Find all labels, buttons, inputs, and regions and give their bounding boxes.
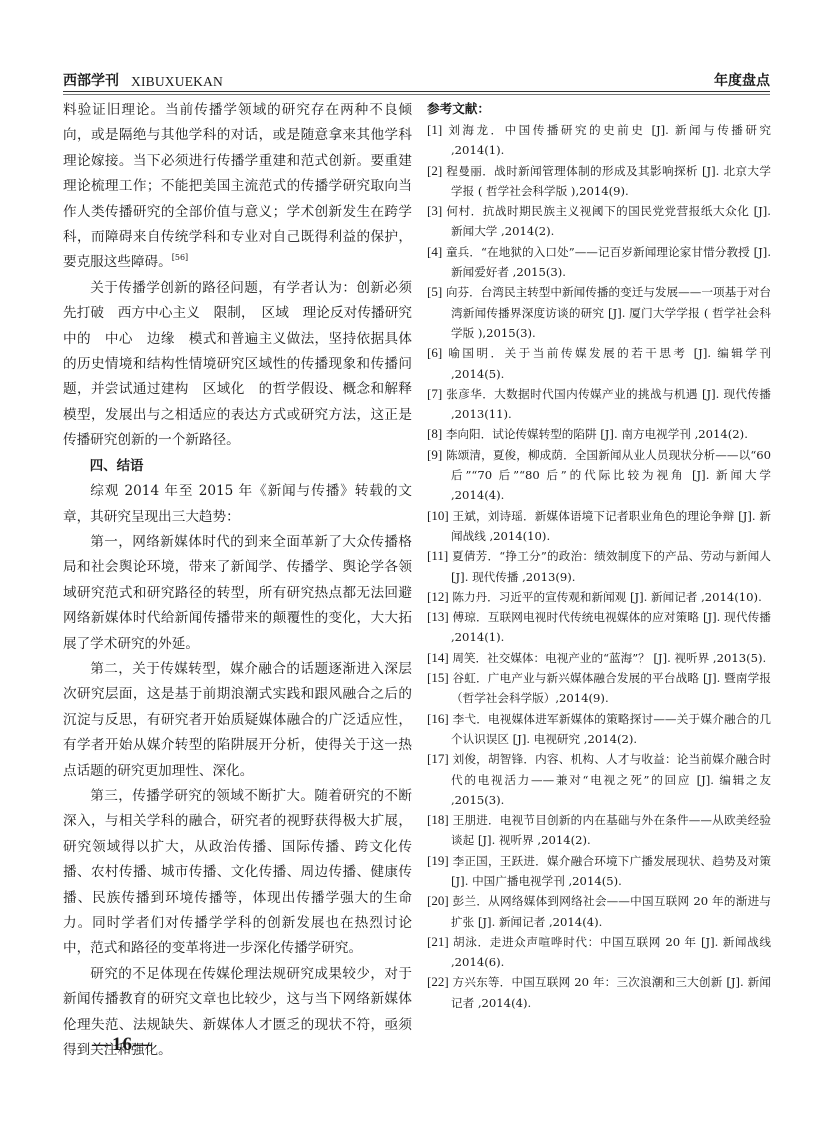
reference-text: 方兴东等．中国互联网 20 年：三次浪潮和三大创新 [J]. 新闻记者 ,201… [451,975,771,1009]
reference-text: 陈力丹．习近平的宣传观和新闻观 [J]. 新闻记者 ,2014(10). [452,590,761,604]
reference-number: [20] [427,893,449,908]
reference-number: [17] [427,751,449,766]
paragraph: 综观 2014 年至 2015 年《新闻与传播》转载的文章，其研究呈现出三大趋势… [63,479,412,530]
reference-item: [7] 张彦华．大数据时代国内传媒产业的挑战与机遇 [J]. 现代传播 ,201… [427,384,771,425]
reference-number: [15] [427,670,449,685]
reference-item: [19] 李正国，王跃进．媒介融合环境下广播发展现状、趋势及对策 [J]. 中国… [427,851,771,892]
reference-number: [19] [427,853,449,868]
reference-text: 周笑．社交媒体：电视产业的“蓝海”？ [J]. 视听界 ,2013(5). [452,651,766,665]
reference-number: [22] [427,974,449,989]
reference-number: [12] [427,589,449,604]
reference-number: [6] [427,345,442,360]
paragraph: 第一，网络新媒体时代的到来全面革新了大众传播格局和社会舆论环境，带来了新闻学、传… [63,530,412,657]
reference-item: [4] 童兵．“在地狱的入口处”——记百岁新闻理论家甘惜分教授 [J]. 新闻爱… [427,242,771,283]
paragraph: 料验证旧理论。当前传播学领域的研究存在两种不良倾向，或是隔绝与其他学科的对话，或… [63,98,412,276]
reference-text: 李向阳．试论传媒转型的陷阱 [J]. 南方电视学刊 ,2014(2). [446,427,748,441]
reference-item: [14] 周笑．社交媒体：电视产业的“蓝海”？ [J]. 视听界 ,2013(5… [427,648,771,668]
reference-text: 夏倩芳．“挣工分”的政治：绩效制度下的产品、劳动与新闻人 [J]. 现代传播 ,… [451,549,771,583]
reference-number: [1] [427,122,442,137]
paragraph: 第二，关于传媒转型，媒介融合的话题逐渐进入深层次研究层面，这是基于前期浪潮式实践… [63,657,412,784]
footnote-ref: [56] [172,253,188,262]
reference-item: [3] 何村．抗战时期民族主义视阈下的国民党党营报纸大众化 [J]. 新闻大学 … [427,201,771,242]
reference-item: [12] 陈力丹．习近平的宣传观和新闻观 [J]. 新闻记者 ,2014(10)… [427,587,771,607]
reference-number: [13] [427,609,449,624]
reference-item: [13] 傅琼．互联网电视时代传统电视媒体的应对策略 [J]. 现代传播 ,20… [427,607,771,648]
reference-number: [10] [427,508,449,523]
reference-item: [1] 刘海龙．中国传播研究的史前史 [J]. 新闻与传播研究 ,2014(1)… [427,120,771,161]
reference-item: [21] 胡泳．走进众声喧哗时代：中国互联网 20 年 [J]. 新闻战线 ,2… [427,932,771,973]
reference-item: [15] 谷虹．广电产业与新兴媒体融合发展的平台战略 [J]. 暨南学报（哲学社… [427,668,771,709]
reference-number: [4] [427,244,442,259]
reference-text: 童兵．“在地狱的入口处”——记百岁新闻理论家甘惜分教授 [J]. 新闻爱好者 ,… [446,245,771,279]
reference-text: 王斌，刘诗瑶．新媒体语境下记者职业角色的理论争辩 [J]. 新闻战线 ,2014… [451,509,771,543]
reference-text: 何村．抗战时期民族主义视阈下的国民党党营报纸大众化 [J]. 新闻大学 ,201… [446,204,771,238]
reference-text: 刘俊，胡智锋．内容、机构、人才与收益：论当前媒介融合时代的电视活力——兼对“电视… [451,752,771,807]
reference-item: [22] 方兴东等．中国互联网 20 年：三次浪潮和三大创新 [J]. 新闻记者… [427,972,771,1013]
paragraph: 关于传播学创新的路径问题，有学者认为：创新必须先打破 西方中心主义 限制， 区域… [63,276,412,454]
reference-item: [20] 彭兰．从网络媒体到网络社会——中国互联网 20 年的渐进与扩张 [J]… [427,891,771,932]
reference-text: 王朋进．电视节目创新的内在基础与外在条件——从欧美经验谈起 [J]. 视听界 ,… [451,813,771,847]
reference-number: [3] [427,203,442,218]
reference-item: [18] 王朋进．电视节目创新的内在基础与外在条件——从欧美经验谈起 [J]. … [427,810,771,851]
references-title: 参考文献： [427,99,771,119]
references-column: 参考文献： [1] 刘海龙．中国传播研究的史前史 [J]. 新闻与传播研究 ,2… [427,99,771,1013]
reference-text: 谷虹．广电产业与新兴媒体融合发展的平台战略 [J]. 暨南学报（哲学社会科学版）… [451,671,771,705]
header-rule-thin [63,94,770,95]
reference-item: [9] 陈颂清，夏俊，柳成荫．全国新闻从业人员现状分析——以“60 后”“70 … [427,445,771,506]
reference-item: [6] 喻国明．关于当前传媒发展的若干思考 [J]. 编辑学刊 ,2014(5)… [427,343,771,384]
header-rule [63,91,770,92]
reference-number: [11] [427,548,448,563]
reference-number: [9] [427,447,442,462]
reference-text: 喻国明．关于当前传媒发展的若干思考 [J]. 编辑学刊 ,2014(5). [448,346,771,380]
reference-text: 陈颂清，夏俊，柳成荫．全国新闻从业人员现状分析——以“60 后”“70 后”“8… [446,448,771,503]
reference-number: [8] [427,426,442,441]
reference-text: 胡泳．走进众声喧哗时代：中国互联网 20 年 [J]. 新闻战线 ,2014(6… [451,935,771,969]
reference-item: [5] 向芬．台湾民主转型中新闻传播的变迁与发展——一项基于对台湾新闻传播界深度… [427,282,771,343]
journal-name-cn: 西部学刊 [63,72,119,90]
reference-text: 李弋．电视媒体进军新媒体的策略探讨——关于媒介融合的几个认识误区 [J]. 电视… [451,712,771,746]
reference-number: [2] [427,163,442,178]
reference-text: 程曼丽．战时新闻管理体制的形成及其影响探析 [J]. 北京大学学报 ( 哲学社会… [446,164,771,198]
reference-text: 刘海龙．中国传播研究的史前史 [J]. 新闻与传播研究 ,2014(1). [448,123,771,157]
reference-number: [18] [427,812,449,827]
reference-number: [5] [427,284,442,299]
section-heading: 四、结语 [63,454,412,479]
reference-number: [7] [427,386,442,401]
paragraph: 第三，传播学研究的领域不断扩大。随着研究的不断深入，与相关学科的融合，研究者的视… [63,784,412,962]
journal-name-en: XIBUXUEKAN [131,73,223,91]
reference-number: [14] [427,650,449,665]
page-number: —16— [92,1034,153,1056]
reference-item: [8] 李向阳．试论传媒转型的陷阱 [J]. 南方电视学刊 ,2014(2). [427,424,771,444]
reference-item: [11] 夏倩芳．“挣工分”的政治：绩效制度下的产品、劳动与新闻人 [J]. 现… [427,546,771,587]
reference-item: [17] 刘俊，胡智锋．内容、机构、人才与收益：论当前媒介融合时代的电视活力——… [427,749,771,810]
reference-number: [21] [427,934,449,949]
reference-number: [16] [427,711,449,726]
reference-item: [16] 李弋．电视媒体进军新媒体的策略探讨——关于媒介融合的几个认识误区 [J… [427,709,771,750]
reference-text: 李正国，王跃进．媒介融合环境下广播发展现状、趋势及对策 [J]. 中国广播电视学… [451,854,771,888]
reference-text: 张彦华．大数据时代国内传媒产业的挑战与机遇 [J]. 现代传播 ,2013(11… [446,387,771,421]
body-column: 料验证旧理论。当前传播学领域的研究存在两种不良倾向，或是隔绝与其他学科的对话，或… [63,98,412,1063]
section-label: 年度盘点 [714,72,770,90]
reference-list: [1] 刘海龙．中国传播研究的史前史 [J]. 新闻与传播研究 ,2014(1)… [427,120,771,1013]
reference-text: 向芬．台湾民主转型中新闻传播的变迁与发展——一项基于对台湾新闻传播界深度访谈的研… [446,285,771,340]
reference-text: 彭兰．从网络媒体到网络社会——中国互联网 20 年的渐进与扩张 [J]. 新闻记… [451,894,771,928]
reference-item: [10] 王斌，刘诗瑶．新媒体语境下记者职业角色的理论争辩 [J]. 新闻战线 … [427,506,771,547]
reference-text: 傅琼．互联网电视时代传统电视媒体的应对策略 [J]. 现代传播 ,2014(1)… [451,610,771,644]
reference-item: [2] 程曼丽．战时新闻管理体制的形成及其影响探析 [J]. 北京大学学报 ( … [427,161,771,202]
